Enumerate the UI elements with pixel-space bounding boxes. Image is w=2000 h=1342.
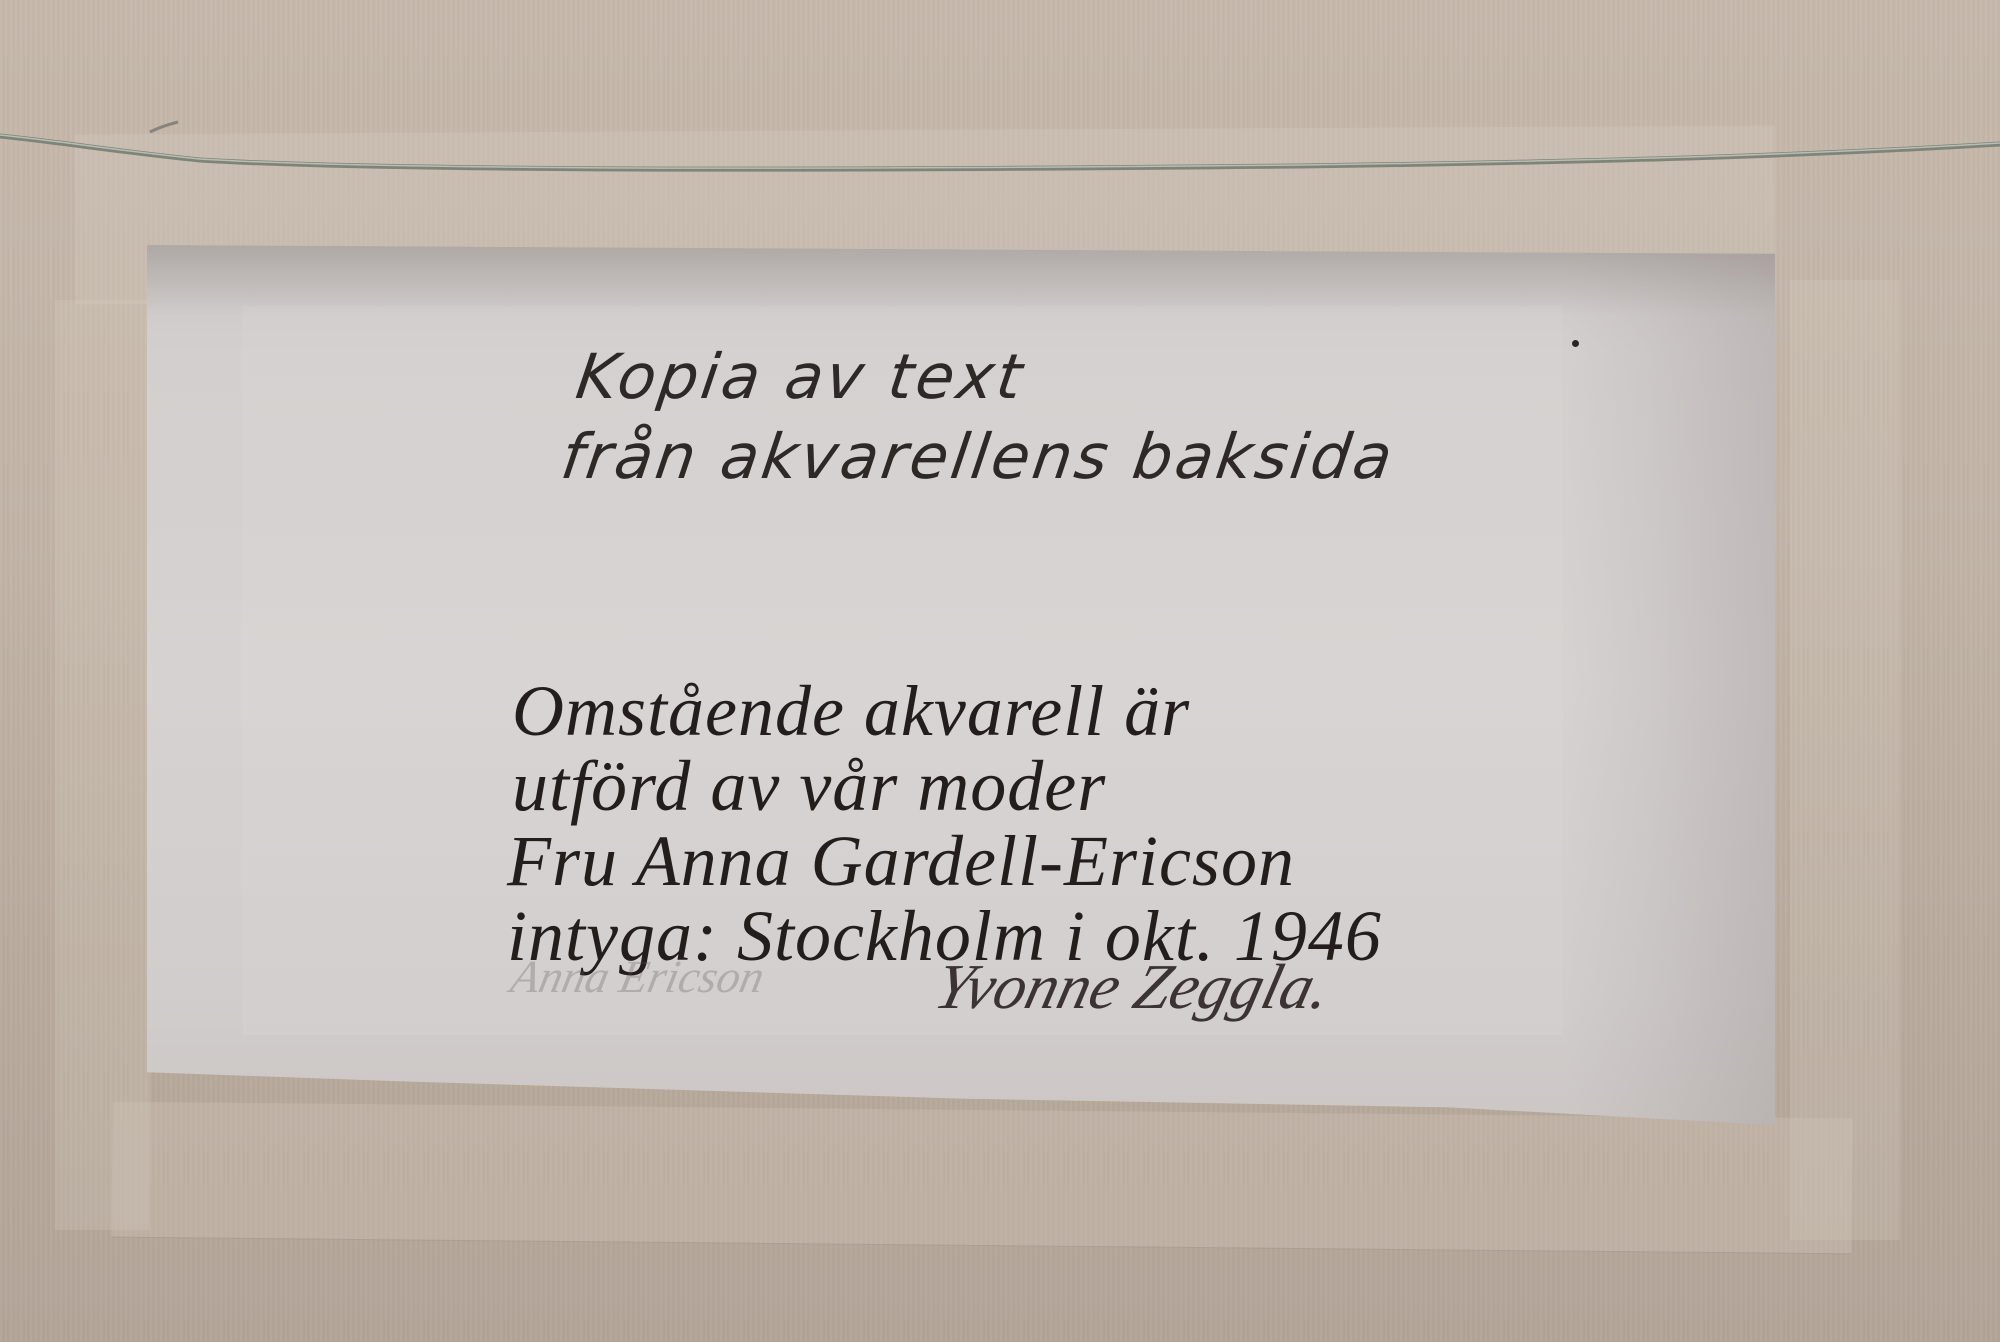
backing-tape-bottom (111, 1102, 1852, 1255)
ink-dot (1572, 340, 1579, 347)
handwritten-note: Kopia av text från akvarellens baksida O… (147, 245, 1775, 1125)
note-shadow (1565, 245, 1775, 1125)
backing-tape-left (55, 300, 150, 1230)
note-heading-line: från akvarellens baksida (557, 420, 1400, 493)
note-heading-line: Kopia av text (572, 340, 1030, 413)
note-body-line: Omstående akvarell är (512, 670, 1190, 753)
hanging-wire (0, 100, 2000, 180)
signature: Yvonne Zeggla. (928, 950, 1339, 1024)
faded-pencil-text: Anna Ericson (506, 950, 769, 1003)
backing-tape-right (1790, 280, 1900, 1240)
note-body-line: Fru Anna Gardell-Ericson (507, 820, 1295, 903)
note-body-line: utförd av vår moder (512, 745, 1106, 828)
